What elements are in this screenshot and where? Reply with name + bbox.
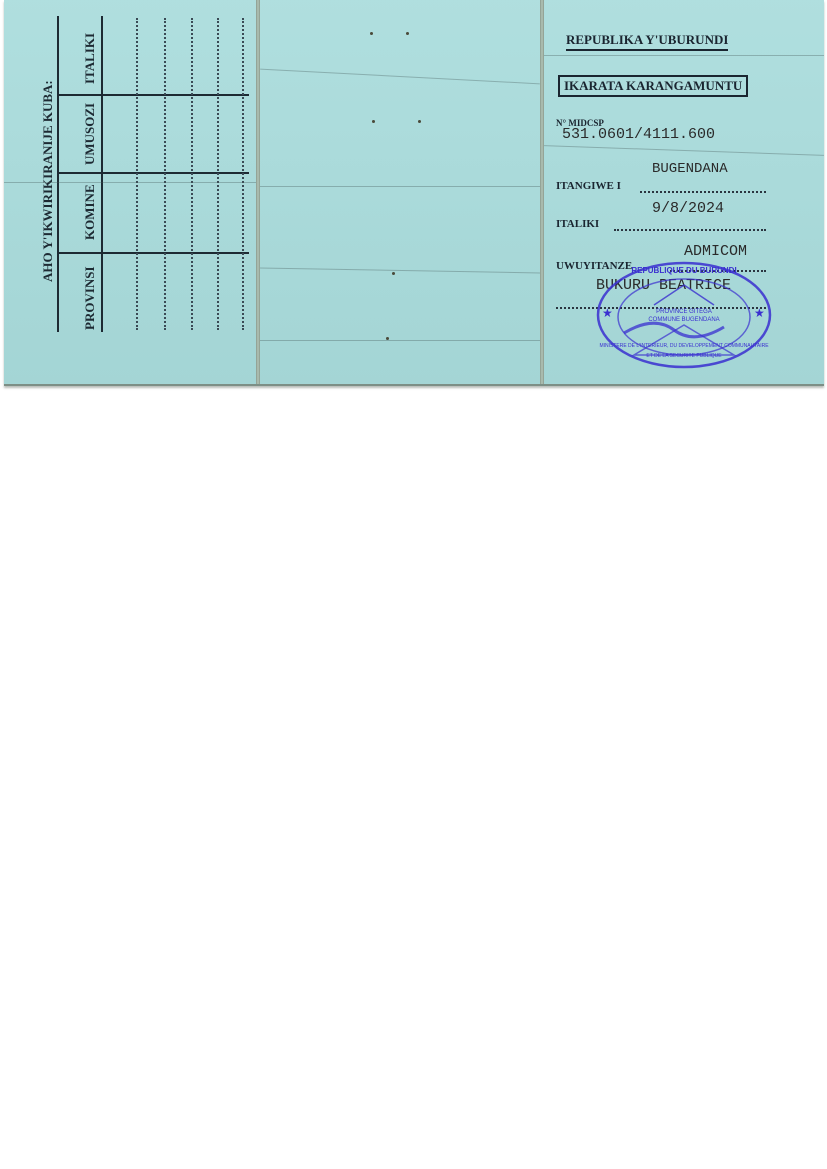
issued-at-line — [640, 191, 766, 193]
date-label: ITALIKI — [556, 218, 599, 230]
country-title: REPUBLIKA Y'UBURUNDI — [566, 32, 728, 51]
column-header-provinsi: PROVINSI — [82, 266, 98, 330]
column-header-komine: KOMINE — [82, 184, 98, 240]
punch-mark — [418, 120, 421, 123]
entry-line-2 — [164, 18, 166, 330]
issuer-name: BUKURU BEATRICE — [596, 277, 731, 294]
entry-line-5 — [242, 18, 244, 330]
date-value: 9/8/2024 — [652, 200, 724, 217]
crease — [260, 340, 540, 341]
crease — [260, 69, 540, 85]
signature-line — [556, 307, 766, 309]
column-header-umusozi: UMUSOZI — [82, 103, 98, 165]
number-value: 531.0601/4111.600 — [562, 126, 715, 143]
punch-mark — [386, 337, 389, 340]
entry-line-4 — [217, 18, 219, 330]
row-divider-3 — [57, 252, 249, 254]
identity-card: AHO Y'IKWIRIKIRANIJE KUBA: PROVINSI KOMI… — [4, 0, 824, 386]
issued-at-value: BUGENDANA — [652, 161, 728, 177]
table-header-divider — [101, 16, 103, 332]
blank-middle-panel — [260, 0, 540, 384]
row-divider-2 — [57, 172, 249, 174]
crease — [4, 182, 256, 183]
issued-at-label: ITANGIWE I — [556, 180, 621, 192]
column-header-italiki: ITALIKI — [82, 33, 98, 84]
crease — [260, 186, 540, 187]
punch-mark — [372, 120, 375, 123]
entry-line-1 — [136, 18, 138, 330]
issuer-label: UWUYITANZE — [556, 260, 632, 272]
entry-line-3 — [191, 18, 193, 330]
punch-mark — [370, 32, 373, 35]
punch-mark — [406, 32, 409, 35]
issuer-title: ADMICOM — [684, 243, 747, 260]
punch-mark — [392, 272, 395, 275]
crease — [260, 268, 540, 274]
issuer-line — [670, 270, 766, 272]
table-border-left — [57, 16, 59, 332]
card-front-panel: REPUBLIKA Y'UBURUNDI IKARATA KARANGAMUNT… — [544, 0, 824, 384]
registration-table-panel: AHO Y'IKWIRIKIRANIJE KUBA: PROVINSI KOMI… — [4, 0, 256, 384]
crease — [544, 145, 824, 156]
card-title: IKARATA KARANGAMUNTU — [558, 75, 748, 97]
crease — [544, 55, 824, 56]
date-line — [614, 229, 766, 231]
row-divider-1 — [57, 94, 249, 96]
